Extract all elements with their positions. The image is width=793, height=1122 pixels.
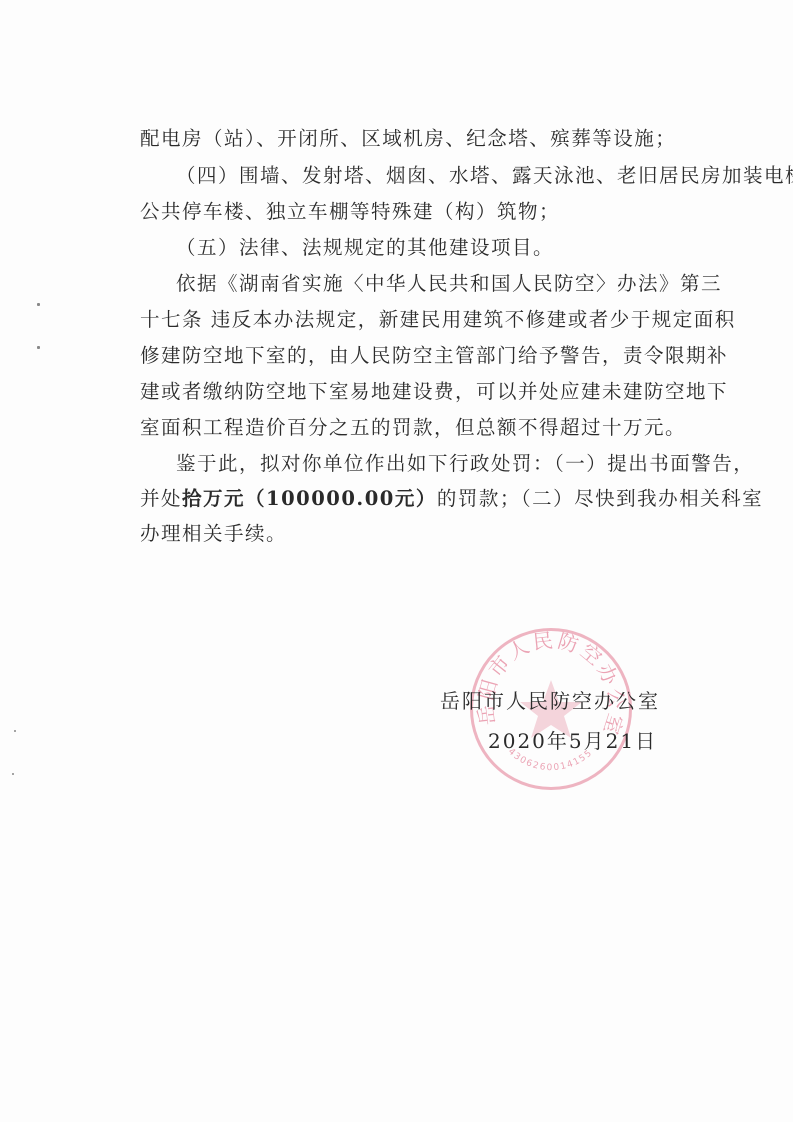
text-line-3: 公共停车楼、独立车棚等特殊建（构）筑物； (140, 199, 560, 225)
scan-speck (37, 303, 40, 306)
text-line-10: 鉴于此，拟对你单位作出如下行政处罚：（一）提出书面警告， (176, 451, 754, 477)
penalty-amount: 拾万元（100000.00元） (182, 487, 437, 510)
penalty-prefix: 并处 (140, 487, 182, 510)
signature-organization: 岳阳市人民防空办公室 (440, 685, 660, 714)
text-line-2: （四）围墙、发射塔、烟囱、水塔、露天泳池、老旧居民房加装电梯、 (176, 163, 793, 189)
signature-date: 2020年5月21日 (488, 725, 657, 754)
scan-speck (14, 730, 16, 732)
text-line-7: 修建防空地下室的，由人民防空主管部门给予警告，责令限期补 (140, 343, 728, 369)
scan-speck (37, 346, 40, 349)
text-line-4: （五）法律、法规规定的其他建设项目。 (176, 235, 554, 261)
scan-speck (12, 773, 14, 775)
text-line-1: 配电房（站）、开闭所、区域机房、纪念塔、殡葬等设施； (140, 126, 676, 152)
text-line-9: 室面积工程造价百分之五的罚款，但总额不得超过十万元。 (140, 415, 686, 441)
penalty-line: 并处拾万元（100000.00元）的罚款；（二）尽快到我办相关科室 (140, 486, 763, 512)
text-line-6: 十七条 违反本办法规定，新建民用建筑不修建或者少于规定面积 (140, 307, 736, 333)
document-page: 配电房（站）、开闭所、区域机房、纪念塔、殡葬等设施； （四）围墙、发射塔、烟囱、… (0, 0, 793, 1122)
text-line-5: 依据《湖南省实施〈中华人民共和国人民防空〉办法》第三 (176, 271, 722, 297)
penalty-suffix: 的罚款；（二）尽快到我办相关科室 (437, 487, 763, 510)
text-line-last: 办理相关手续。 (140, 521, 287, 547)
text-line-8: 建或者缴纳防空地下室易地建设费，可以并处应建未建防空地下 (140, 379, 728, 405)
